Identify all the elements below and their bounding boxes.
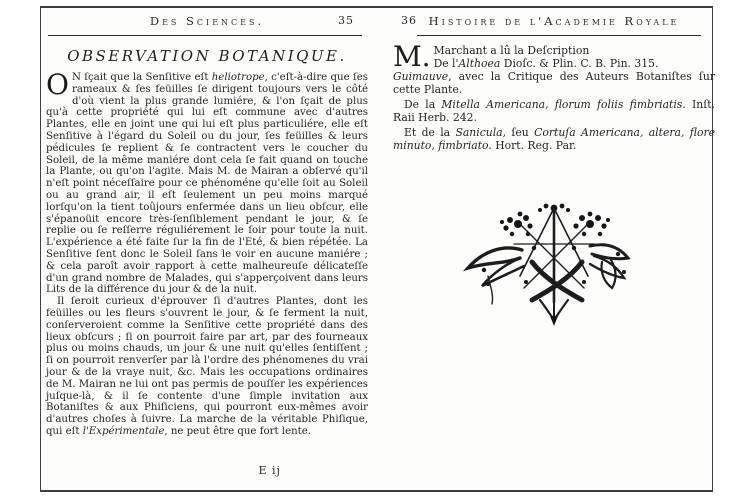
left-page-number: 35 — [338, 14, 354, 27]
left-page-body: ON ſçait que la Senſitive eſt heliotrope… — [46, 72, 368, 438]
page-frame: Des Sciences. 35 OBSERVATION BOTANIQUE. … — [40, 6, 713, 492]
right-page-header: 36 Histoire de l'Academie Royale — [393, 14, 715, 30]
paragraph: M.Marchant a lû la DeſcriptionDe l'Altho… — [393, 44, 715, 96]
book-scan: Des Sciences. 35 OBSERVATION BOTANIQUE. … — [0, 0, 750, 500]
paragraph: De la Mitella Americana, florum foliis f… — [393, 98, 715, 124]
floral-ornament-icon — [462, 202, 647, 330]
drop-cap: M. — [393, 44, 434, 68]
left-running-title: Des Sciences. — [150, 14, 264, 28]
right-page: 36 Histoire de l'Academie Royale M.March… — [393, 14, 715, 482]
left-page-header: Des Sciences. 35 — [46, 14, 368, 30]
section-title: OBSERVATION BOTANIQUE. — [46, 47, 368, 65]
left-header-rule — [48, 35, 362, 36]
paragraph: ON ſçait que la Senſitive eſt heliotrope… — [46, 72, 368, 296]
right-page-number: 36 — [401, 14, 417, 27]
drop-cap: O — [46, 72, 72, 96]
right-header-rule — [417, 35, 701, 36]
right-running-title: Histoire de l'Academie Royale — [429, 14, 680, 28]
paragraph: Il ſeroit curieux d'éprouver ſi d'autres… — [46, 296, 368, 438]
right-page-body: M.Marchant a lû la DeſcriptionDe l'Altho… — [393, 44, 715, 152]
signature-mark: E ij — [259, 464, 281, 477]
left-page: Des Sciences. 35 OBSERVATION BOTANIQUE. … — [46, 14, 368, 482]
paragraph: Et de la Sanicula, ſeu Cortuſa Americana… — [393, 126, 715, 152]
